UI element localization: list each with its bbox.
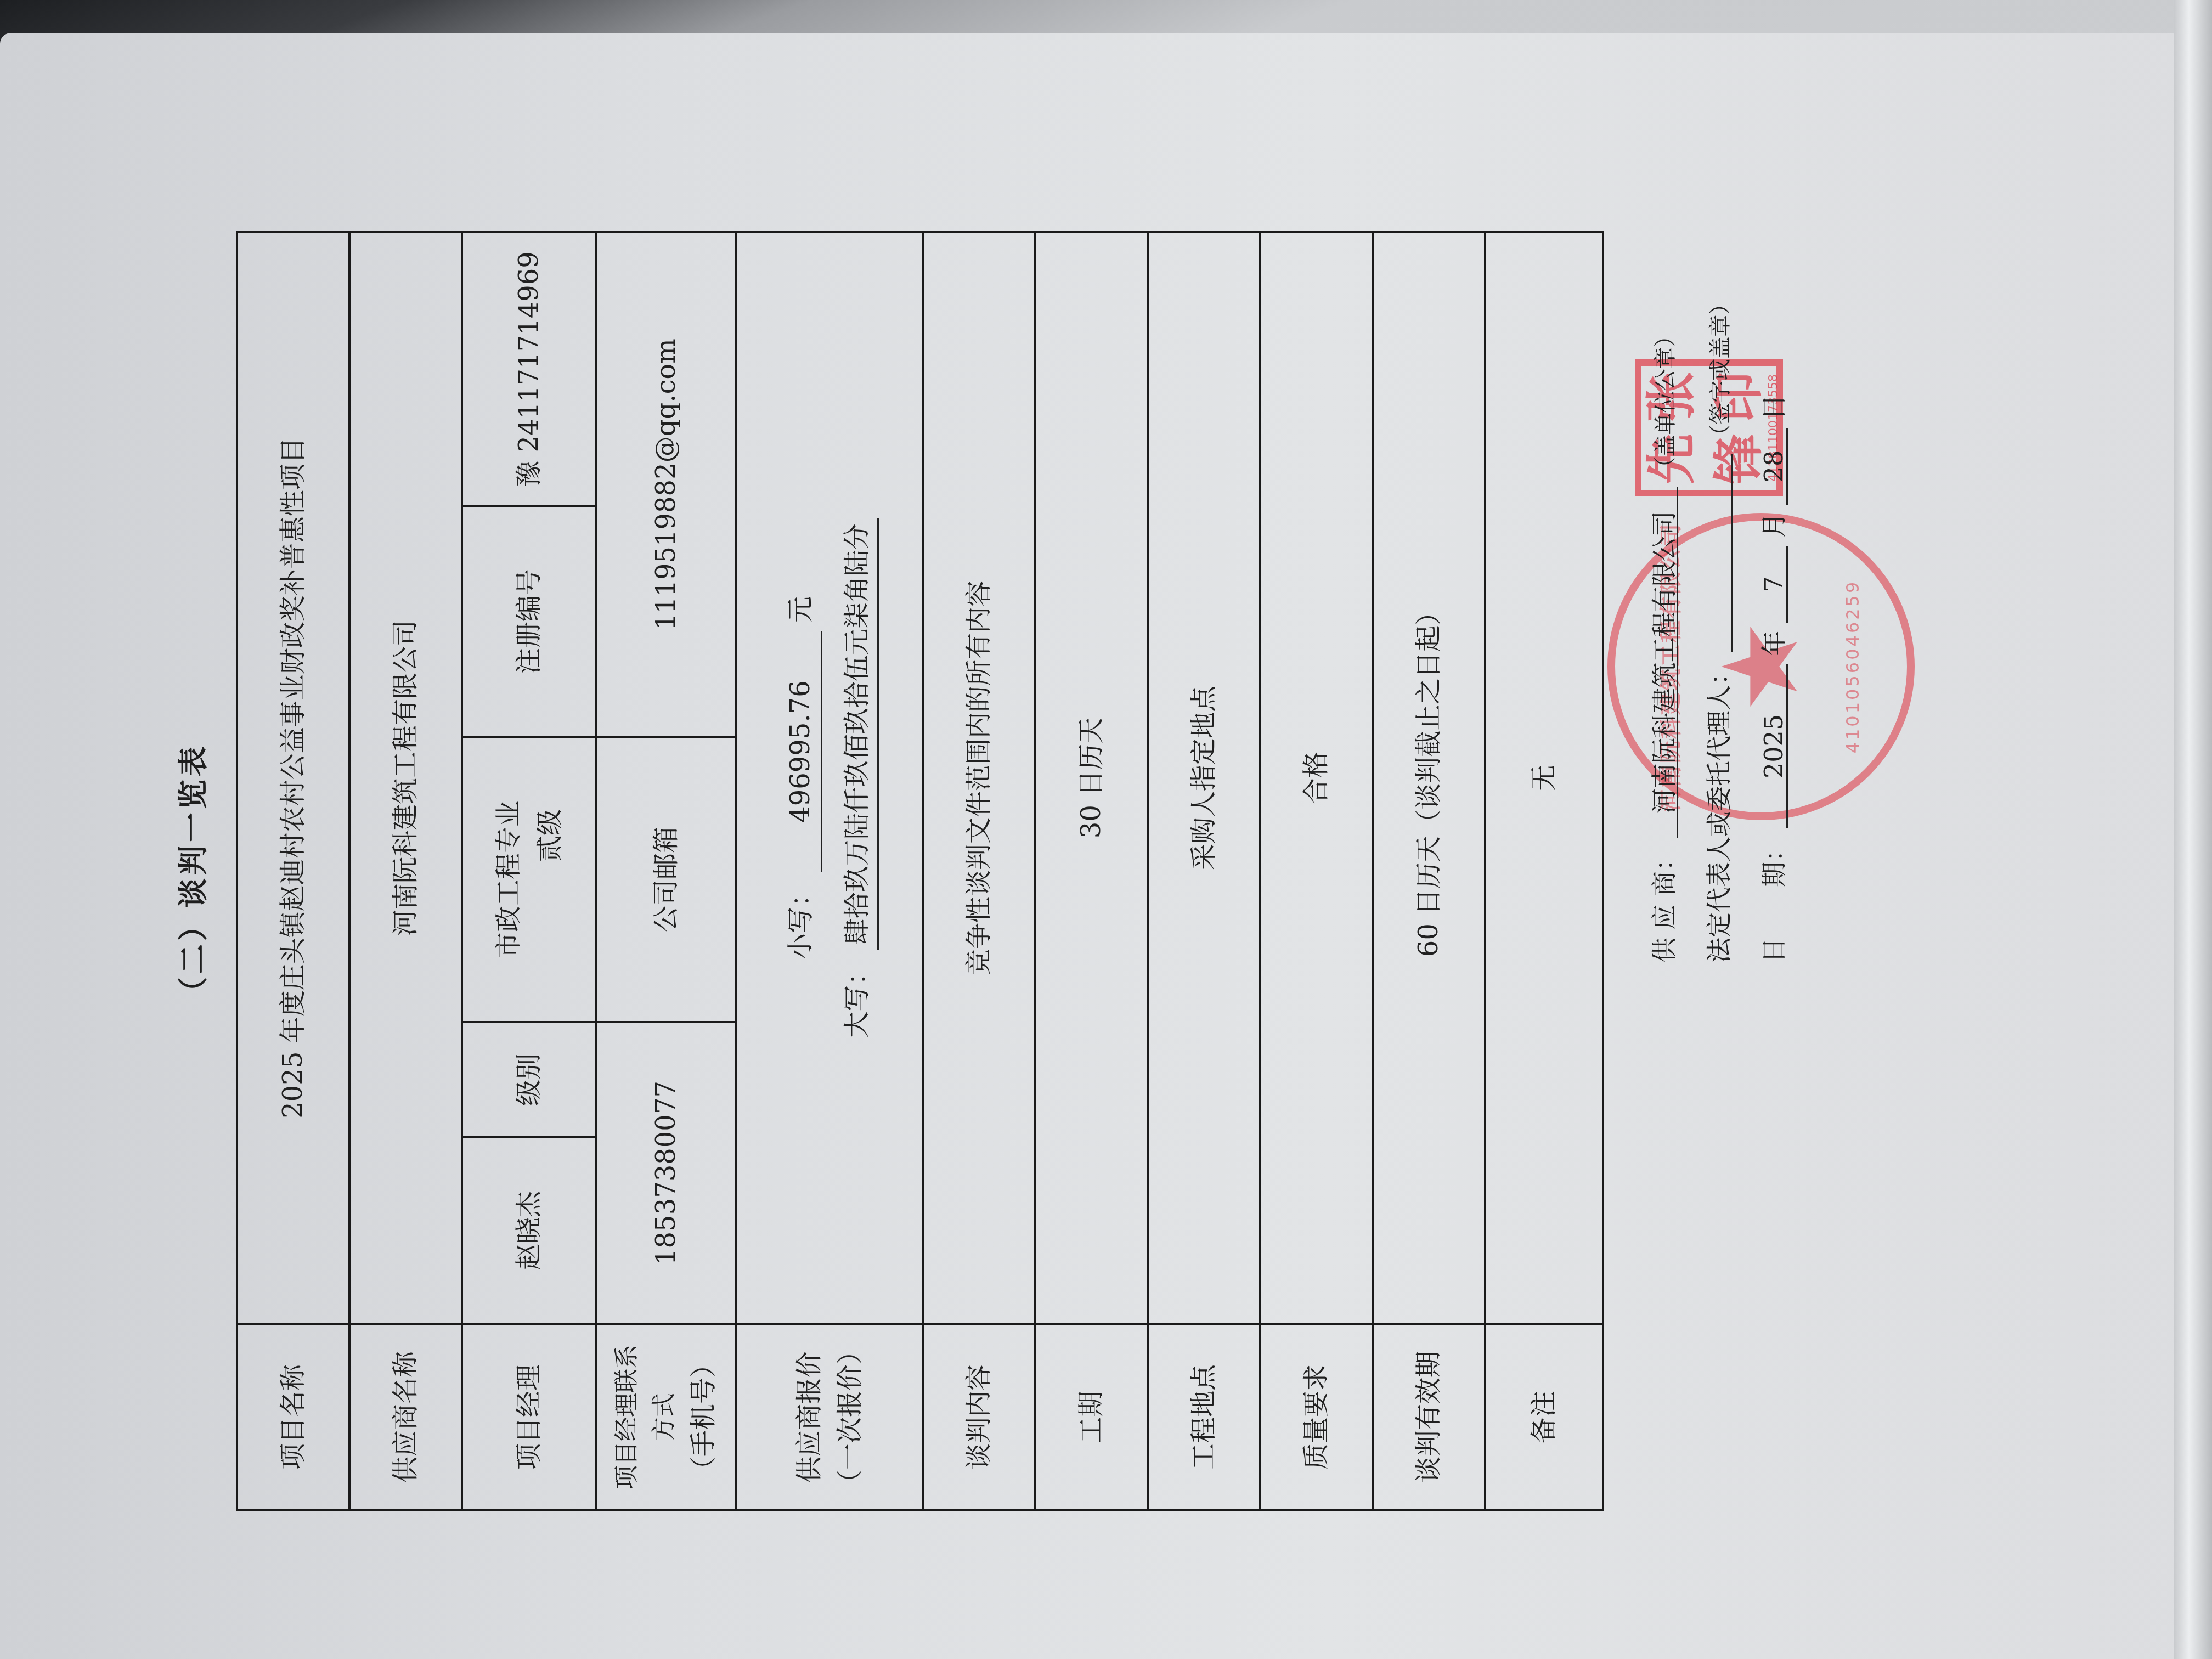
level-value: 市政工程专业 贰级 [462, 737, 596, 1022]
supplier-signature-row: 供 应 商： 河南阮科建筑工程有限公司 （盖单位公章） [1651, 195, 1706, 963]
supplier-sign-label: 供 应 商： [1649, 846, 1679, 963]
representative-label: 法定代表人或委托代理人： [1704, 660, 1734, 963]
table-row-project-name: 项目名称 2025 年度庄头镇赵迪村农村公益事业财政奖补普惠性项目 [237, 232, 349, 1510]
document-title: （二）谈判一览表 [170, 217, 212, 1533]
price-label: 供应商报价 （一次报价） [736, 1324, 923, 1510]
table-row-quality: 质量要求 合格 [1260, 232, 1373, 1510]
content-value: 竞争性谈判文件范围内的所有内容 [923, 232, 1035, 1324]
price-label-line2: （一次报价） [830, 1336, 870, 1498]
negotiation-summary-table: 项目名称 2025 年度庄头镇赵迪村农村公益事业财政奖补普惠性项目 供应商名称 … [236, 231, 1604, 1511]
quality-label: 质量要求 [1260, 1324, 1373, 1510]
supplier-name-label: 供应商名称 [349, 1324, 462, 1510]
supplier-sign-value: 河南阮科建筑工程有限公司 [1651, 487, 1678, 838]
price-value: 小写： 496995.76 元 大写： 肆拾玖万陆仟玖佰玖拾伍元柒角陆分 [736, 232, 923, 1324]
date-day-unit: 日 [1759, 394, 1788, 420]
email-label: 公司邮箱 [596, 737, 736, 1022]
date-month-unit: 月 [1759, 513, 1788, 538]
project-manager-label: 项目经理 [462, 1324, 596, 1510]
price-small-label: 小写： [785, 881, 816, 960]
project-name-label: 项目名称 [237, 1324, 349, 1510]
price-label-line1: 供应商报价 [789, 1336, 830, 1498]
content-label: 谈判内容 [923, 1324, 1035, 1510]
date-month: 7 [1761, 546, 1788, 623]
contact-label-line2: （手机号） [683, 1336, 724, 1498]
date-year-unit: 年 [1759, 631, 1788, 656]
registration-value: 豫 241171714969 [462, 232, 596, 506]
supplier-sign-note: （盖单位公章） [1653, 325, 1678, 479]
table-row-period: 工期 30 日历天 [1035, 232, 1148, 1510]
representative-signature-field [1706, 454, 1733, 652]
validity-value: 60 日历天（谈判截止之日起） [1373, 232, 1485, 1324]
level-value-line2: 贰级 [529, 749, 570, 1010]
table-row-content: 谈判内容 竞争性谈判文件范围内的所有内容 [923, 232, 1035, 1510]
quality-value: 合格 [1260, 232, 1373, 1324]
price-big-value: 肆拾玖万陆仟玖佰玖拾伍元柒角陆分 [837, 518, 879, 950]
date-year: 2025 [1761, 664, 1788, 828]
location-label: 工程地点 [1148, 1324, 1260, 1510]
contact-phone: 18537380077 [596, 1022, 736, 1324]
date-label: 日 期： [1759, 837, 1788, 963]
email-value: 1119519882@qq.com [596, 232, 736, 737]
validity-label: 谈判有效期 [1373, 1324, 1485, 1510]
table-row-location: 工程地点 采购人指定地点 [1148, 232, 1260, 1510]
table-row-price: 供应商报价 （一次报价） 小写： 496995.76 元 大写： 肆拾玖万陆仟玖… [736, 232, 923, 1510]
project-name-value: 2025 年度庄头镇赵迪村农村公益事业财政奖补普惠性项目 [237, 232, 349, 1324]
price-small: 小写： 496995.76 元 [780, 244, 822, 1312]
date-row: 日 期： 2025 年 7 月 28 日 [1761, 195, 1816, 963]
remarks-label: 备注 [1485, 1324, 1603, 1510]
table-row-contact: 项目经理联系方式 （手机号） 18537380077 公司邮箱 11195198… [596, 232, 736, 1510]
paper-stack-edge [2174, 0, 2212, 1659]
price-small-unit: 元 [785, 596, 816, 623]
level-label: 级别 [462, 1022, 596, 1137]
table-row-project-manager: 项目经理 赵晓杰 级别 市政工程专业 贰级 注册编号 豫 24117171496… [462, 232, 596, 1510]
document-page: （二）谈判一览表 项目名称 2025 年度庄头镇赵迪村农村公益事业财政奖补普惠性… [170, 217, 1662, 1533]
representative-signature-row: 法定代表人或委托代理人： （签字或盖章） [1706, 195, 1761, 963]
date-day: 28 [1761, 428, 1788, 505]
period-value: 30 日历天 [1035, 232, 1148, 1324]
representative-note: （签字或盖章） [1708, 293, 1733, 447]
price-small-value: 496995.76 [780, 631, 822, 872]
level-value-line1: 市政工程专业 [488, 749, 529, 1010]
signature-block: 供 应 商： 河南阮科建筑工程有限公司 （盖单位公章） 法定代表人或委托代理人：… [1651, 195, 1816, 963]
company-seal-number: 4101056046259 [1842, 521, 1863, 812]
table-row-remarks: 备注 无 [1485, 232, 1603, 1510]
table-row-supplier-name: 供应商名称 河南阮科建筑工程有限公司 [349, 232, 462, 1510]
location-value: 采购人指定地点 [1148, 232, 1260, 1324]
supplier-name-value: 河南阮科建筑工程有限公司 [349, 232, 462, 1324]
contact-label: 项目经理联系方式 （手机号） [596, 1324, 736, 1510]
price-big-label: 大写： [842, 959, 872, 1038]
registration-label: 注册编号 [462, 506, 596, 737]
remarks-value: 无 [1485, 232, 1603, 1324]
table-row-validity: 谈判有效期 60 日历天（谈判截止之日起） [1373, 232, 1485, 1510]
period-label: 工期 [1035, 1324, 1148, 1510]
project-manager-name: 赵晓杰 [462, 1137, 596, 1324]
price-big: 大写： 肆拾玖万陆仟玖佰玖拾伍元柒角陆分 [837, 244, 879, 1312]
contact-label-line1: 项目经理联系方式 [608, 1336, 683, 1498]
